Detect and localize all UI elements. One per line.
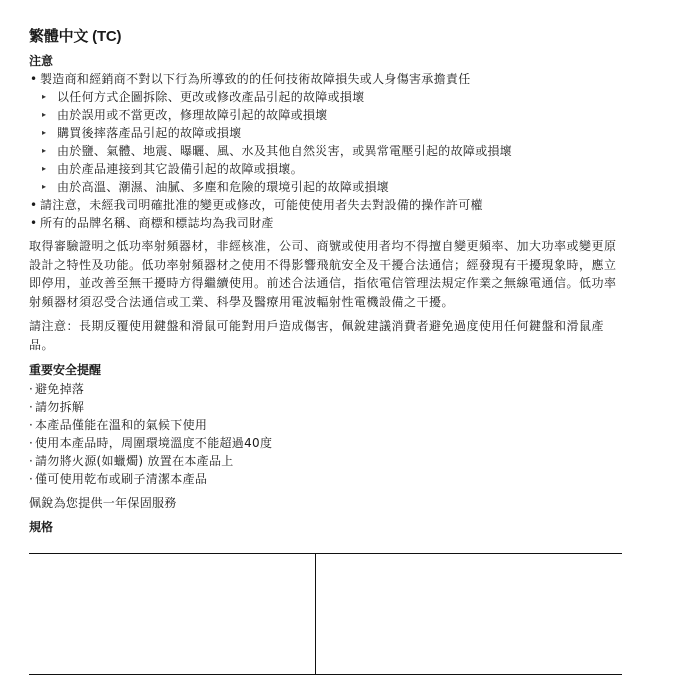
notice-sub-item-text: 購買後摔落產品引起的故障或損壞 (57, 126, 242, 140)
notice-sub-item-text: 由於誤用或不當更改，修理故障引起的故障或損壞 (57, 108, 328, 122)
notice-sub-item: ▸ 由於鹽、氣體、地震、曝曬、風、水及其他自然災害，或異常電壓引起的故障或損壞 (29, 142, 629, 160)
ncc-paragraph: 取得審驗證明之低功率射頻器材，非經核准，公司、商號或使用者均不得擅自變更頻率、加… (29, 237, 621, 311)
page-title: 繁體中文 (TC) (29, 27, 629, 47)
notice-item-text: 請注意，未經我司明確批准的變更或修改，可能使使用者失去對設備的操作許可權 (40, 198, 483, 212)
safety-item-text: 僅可使用乾布或刷子清潔本產品 (35, 472, 207, 486)
notice-heading: 注意 (29, 53, 629, 69)
middot-icon: · (29, 452, 33, 470)
safety-item-text: 本產品僅能在溫和的氣候下使用 (35, 418, 207, 432)
notice-sub-item: ▸ 由於高溫、潮濕、油膩、多塵和危險的環境引起的故障或損壞 (29, 178, 629, 196)
warranty-text: 佩銳為您提供一年保固服務 (29, 494, 629, 512)
triangle-bullet-icon: ▸ (42, 160, 46, 178)
middot-icon: · (29, 380, 33, 398)
specs-table (29, 553, 622, 675)
specs-heading: 規格 (29, 519, 629, 535)
notice-sub-item-text: 由於產品連接到其它設備引起的故障或損壞。 (57, 162, 303, 176)
safety-item: · 避免掉落 (29, 380, 629, 398)
triangle-bullet-icon: ▸ (42, 106, 46, 124)
safety-item-text: 請勿拆解 (35, 400, 84, 414)
triangle-bullet-icon: ▸ (42, 124, 46, 142)
safety-item: · 僅可使用乾布或刷子清潔本產品 (29, 470, 629, 488)
middot-icon: · (29, 398, 33, 416)
safety-item-text: 使用本產品時，周圍環境溫度不能超過40度 (35, 436, 272, 450)
safety-item: · 使用本產品時，周圍環境溫度不能超過40度 (29, 434, 629, 452)
safety-item: · 本產品僅能在溫和的氣候下使用 (29, 416, 629, 434)
triangle-bullet-icon: ▸ (42, 88, 46, 106)
document-page: 繁體中文 (TC) 注意 • 製造商和經銷商不對以下行為所導致的的任何技術故障損… (29, 27, 629, 535)
notice-item: • 製造商和經銷商不對以下行為所導致的的任何技術故障損失或人身傷害承擔責任 ▸ … (29, 70, 629, 196)
notice-list: • 製造商和經銷商不對以下行為所導致的的任何技術故障損失或人身傷害承擔責任 ▸ … (29, 70, 629, 232)
notice-sub-item: ▸ 購買後摔落產品引起的故障或損壞 (29, 124, 629, 142)
safety-heading: 重要安全提醒 (29, 362, 629, 378)
notice-sub-item-text: 由於高溫、潮濕、油膩、多塵和危險的環境引起的故障或損壞 (57, 180, 389, 194)
triangle-bullet-icon: ▸ (42, 142, 46, 160)
middot-icon: · (29, 416, 33, 434)
keyboard-notice-paragraph: 請注意：長期反覆使用鍵盤和滑鼠可能對用戶造成傷害，佩銳建議消費者避免過度使用任何… (29, 317, 621, 354)
safety-list: · 避免掉落 · 請勿拆解 · 本產品僅能在溫和的氣候下使用 · 使用本產品時，… (29, 380, 629, 488)
bullet-icon: • (30, 196, 37, 214)
middot-icon: · (29, 470, 33, 488)
notice-sub-item-text: 以任何方式企圖拆除、更改或修改產品引起的故障或損壞 (57, 90, 365, 104)
safety-item: · 請勿拆解 (29, 398, 629, 416)
notice-sub-item: ▸ 由於產品連接到其它設備引起的故障或損壞。 (29, 160, 629, 178)
triangle-bullet-icon: ▸ (42, 178, 46, 196)
notice-sub-item: ▸ 以任何方式企圖拆除、更改或修改產品引起的故障或損壞 (29, 88, 629, 106)
safety-item-text: 避免掉落 (35, 382, 84, 396)
safety-item: · 請勿將火源(如蠟燭) 放置在本產品上 (29, 452, 629, 470)
specs-table-column-divider (315, 554, 316, 674)
bullet-icon: • (30, 70, 37, 88)
notice-item: • 請注意，未經我司明確批准的變更或修改，可能使使用者失去對設備的操作許可權 (29, 196, 629, 214)
safety-item-text: 請勿將火源(如蠟燭) 放置在本產品上 (35, 454, 234, 468)
notice-sub-item-text: 由於鹽、氣體、地震、曝曬、風、水及其他自然災害，或異常電壓引起的故障或損壞 (57, 144, 512, 158)
notice-sub-item: ▸ 由於誤用或不當更改，修理故障引起的故障或損壞 (29, 106, 629, 124)
notice-item-text: 所有的品牌名稱、商標和標誌均為我司財產 (40, 216, 274, 230)
notice-item-text: 製造商和經銷商不對以下行為所導致的的任何技術故障損失或人身傷害承擔責任 (40, 72, 471, 86)
middot-icon: · (29, 434, 33, 452)
notice-sub-list: ▸ 以任何方式企圖拆除、更改或修改產品引起的故障或損壞 ▸ 由於誤用或不當更改，… (29, 88, 629, 196)
notice-item: • 所有的品牌名稱、商標和標誌均為我司財產 (29, 214, 629, 232)
bullet-icon: • (30, 214, 37, 232)
